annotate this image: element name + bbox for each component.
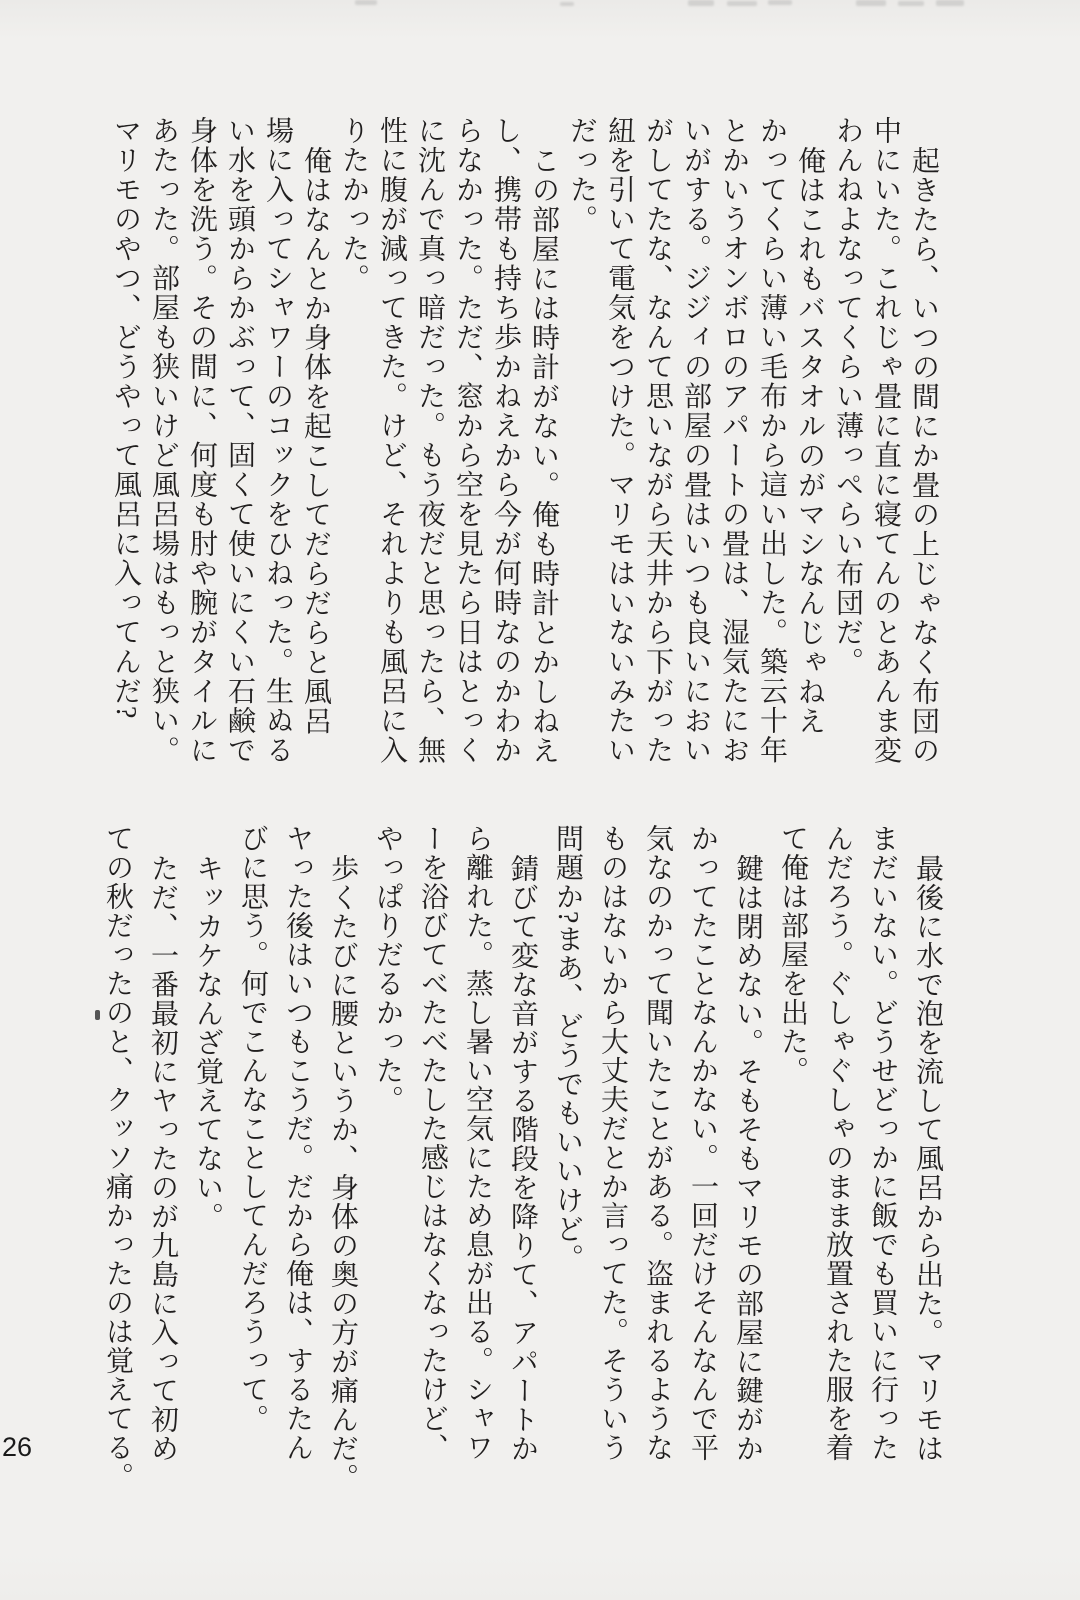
text-column: あたった。部屋も狭いけど風呂場はもっと狭い。 — [144, 116, 182, 778]
text-column: キッカケなんざ覚えてない。 — [185, 824, 230, 1496]
scan-speck — [95, 1010, 100, 1020]
text-column: ての秋だったのと、クッソ痛かったのは覚えてる。 — [95, 824, 140, 1496]
page-number: 26 — [2, 1432, 32, 1463]
text-column: マリモのやつ、どうやって風呂に入ってんだ? — [106, 116, 144, 778]
scan-smudge — [768, 0, 792, 5]
scan-smudge — [936, 0, 964, 6]
scanned-book-page: 起きたら、いつの間にか畳の上じゃなく布団の中にいた。これじゃ畳に直に寝てんのとあ… — [0, 0, 1080, 1600]
text-column: 俺はこれもバスタオルのがマシなんじゃねえ — [790, 116, 828, 778]
text-column: ものはないから大丈夫だとか言ってた。そういう — [590, 824, 635, 1496]
text-column: やっぱりだるかった。 — [365, 824, 410, 1496]
text-column: 場に入ってシャワーのコックをひねった。生ぬる — [258, 116, 296, 778]
text-column: 問題か?まあ、どうでもいいけど。 — [545, 824, 590, 1496]
text-column: ヤった後はいつもこうだ。だから俺は、するたん — [275, 824, 320, 1496]
text-column: 起きたら、いつの間にか畳の上じゃなく布団の — [904, 116, 942, 778]
text-column: 気なのかって聞いたことがある。盗まれるような — [635, 824, 680, 1496]
top-text-block: 起きたら、いつの間にか畳の上じゃなく布団の中にいた。これじゃ畳に直に寝てんのとあ… — [106, 116, 942, 778]
text-column: とかいうオンボロのアパートの畳は、湿気たにお — [714, 116, 752, 778]
scan-smudge — [898, 1, 924, 6]
text-column: りたかった。 — [334, 116, 372, 778]
scan-smudge — [355, 0, 377, 5]
text-column: ら離れた。蒸し暑い空気にため息が出る。シャワ — [455, 824, 500, 1496]
text-column: て俺は部屋を出た。 — [770, 824, 815, 1496]
text-column: かってたことなんかない。一回だけそんなんで平 — [680, 824, 725, 1496]
text-column: 中にいた。これじゃ畳に直に寝てんのとあんま変 — [866, 116, 904, 778]
text-column: びに思う。何でこんなことしてんだろうって。 — [230, 824, 275, 1496]
text-column: らなかった。ただ、窓から空を見たら日はとっく — [448, 116, 486, 778]
text-column: 身体を洗う。その間に、何度も肘や腕がタイルに — [182, 116, 220, 778]
text-column: わんねよなってくらい薄っぺらい布団だ。 — [828, 116, 866, 778]
text-column: 俺はなんとか身体を起こしてだらだらと風呂 — [296, 116, 334, 778]
text-column: いがする。ジジィの部屋の畳はいつも良いにおい — [676, 116, 714, 778]
text-column: 歩くたびに腰というか、身体の奥の方が痛んだ。 — [320, 824, 365, 1496]
text-column: がしてたな、なんて思いながら天井から下がった — [638, 116, 676, 778]
text-column: この部屋には時計がない。俺も時計とかしねえ — [524, 116, 562, 778]
bottom-text-block: 最後に水で泡を流して風呂から出た。マリモはまだいない。どうせどっかに飯でも買いに… — [95, 824, 950, 1496]
text-column: 紐を引いて電気をつけた。マリモはいないみたい — [600, 116, 638, 778]
text-column: まだいない。どうせどっかに飯でも買いに行った — [860, 824, 905, 1496]
scan-smudge — [688, 0, 714, 6]
text-column: 鍵は閉めない。そもそもマリモの部屋に鍵がか — [725, 824, 770, 1496]
text-column: ただ、一番最初にヤったのが九島に入って初め — [140, 824, 185, 1496]
text-column: 錆びて変な音がする階段を降りて、アパートか — [500, 824, 545, 1496]
text-column: ーを浴びてべたべたした感じはなくなったけど、 — [410, 824, 455, 1496]
text-column: し、携帯も持ち歩かねえから今が何時なのかわか — [486, 116, 524, 778]
scan-smudge — [560, 2, 574, 6]
text-column: だった。 — [562, 116, 600, 778]
scan-smudge — [727, 1, 757, 6]
text-column: かってくらい薄い毛布から這い出した。築云十年 — [752, 116, 790, 778]
text-column: に沈んで真っ暗だった。もう夜だと思ったら、無 — [410, 116, 448, 778]
text-column: 最後に水で泡を流して風呂から出た。マリモは — [905, 824, 950, 1496]
scan-smudge — [856, 0, 886, 6]
text-column: 性に腹が減ってきた。けど、それよりも風呂に入 — [372, 116, 410, 778]
text-column: い水を頭からかぶって、固くて使いにくい石鹸で — [220, 116, 258, 778]
text-column: んだろう。ぐしゃぐしゃのまま放置された服を着 — [815, 824, 860, 1496]
